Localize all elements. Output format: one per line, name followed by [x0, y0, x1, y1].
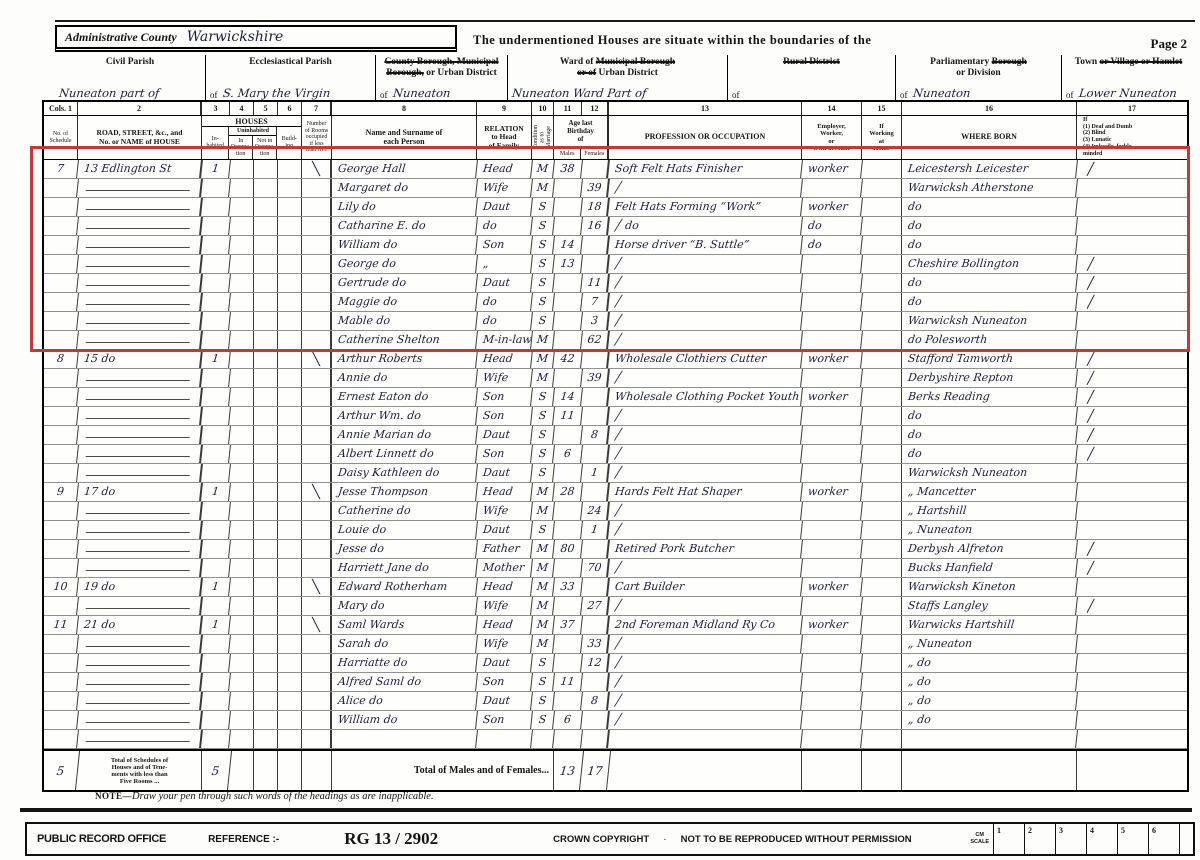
cell-where-born: „ Nuneaton	[901, 635, 1078, 653]
cell-in-occupation	[230, 426, 254, 444]
public-record-office-label: PUBLIC RECORD OFFICE	[37, 833, 166, 845]
cell-relation	[476, 730, 533, 748]
cell-employer: do	[801, 217, 863, 235]
cell-infirmity-mark	[1077, 483, 1187, 501]
cell-employer	[801, 445, 863, 463]
cell-age-female: 12	[581, 654, 610, 672]
cell-building	[278, 673, 302, 691]
cell-infirmity-mark	[1077, 464, 1187, 482]
cell-age-male	[553, 274, 583, 292]
cell-building	[278, 540, 302, 558]
uninhabited-group-label: Uninhabited	[229, 127, 276, 136]
cell-where-born: do	[901, 236, 1078, 254]
cell-not-in-occupation	[254, 160, 278, 178]
cell-age-female	[581, 711, 610, 729]
cell-condition: S	[531, 464, 555, 482]
cell-in-occupation	[230, 559, 254, 577]
cell-not-in-occupation	[254, 293, 278, 311]
cell-not-in-occupation	[254, 711, 278, 729]
cell-where-born: „ do	[901, 654, 1078, 672]
cell-inhabited	[201, 236, 231, 254]
cell-profession: ╱	[608, 654, 803, 672]
cell-road	[77, 502, 203, 520]
rural-district-label: Rural District	[728, 57, 895, 68]
cell-where-born: Berks Reading	[901, 388, 1078, 406]
cell-inhabited	[201, 293, 231, 311]
cell-profession: Horse driver “B. Suttle”	[608, 236, 803, 254]
cell-name: Lily do	[331, 198, 478, 216]
table-row: Catharine E. do do S 16 ╱ do do do	[44, 217, 1187, 236]
cell-relation: do	[476, 312, 533, 330]
cell-relation: Daut	[476, 521, 533, 539]
cell-not-in-occupation	[254, 369, 278, 387]
cell-working-at-home	[862, 483, 902, 501]
cell-in-occupation	[230, 692, 254, 710]
cell-inhabited	[201, 255, 231, 273]
table-row: Catherine Shelton M-in-law M 62 ╱ do Pol…	[44, 331, 1187, 350]
cell-rooms-mark	[302, 654, 332, 672]
cm-scale-cells: 123456	[993, 824, 1179, 854]
table-row: Daisy Kathleen do Daut S 1 ╱ Warwicksh N…	[44, 464, 1187, 483]
cell-rooms-mark: ╲	[302, 578, 332, 596]
cell-not-in-occupation	[254, 578, 278, 596]
cell-inhabited: 1	[201, 578, 231, 596]
cell-age-female	[581, 578, 610, 596]
table-row: 10 19 do 1 ╲ Edward Rotherham Head M 33 …	[44, 578, 1187, 597]
cell-rooms-mark	[302, 312, 332, 330]
cell-profession: ╱	[608, 312, 803, 330]
cell-employer: do	[801, 236, 863, 254]
inhabited-column-label: In- habited	[202, 127, 229, 159]
of-label: of	[900, 90, 908, 100]
cell-inhabited	[201, 312, 231, 330]
cell-age-female	[581, 445, 610, 463]
cell-not-in-occupation	[254, 540, 278, 558]
cm-scale-label: CM SCALE	[970, 832, 989, 845]
cell-inhabited: 1	[201, 350, 231, 368]
cell-condition: S	[531, 673, 555, 691]
administrative-county-box: Administrative County Warwickshire	[55, 25, 457, 52]
cell-age-female	[581, 540, 610, 558]
cell-road	[77, 521, 203, 539]
cell-in-occupation	[230, 730, 254, 748]
table-row: Sarah do Wife M 33 ╱ „ Nuneaton	[44, 635, 1187, 654]
cell-schedule-no: 7	[43, 160, 79, 178]
cell-not-in-occupation	[254, 350, 278, 368]
cell-profession: ╱	[608, 445, 803, 463]
cell-age-male: 13	[553, 255, 583, 273]
total-females-value: 17	[580, 751, 611, 790]
cell-condition: S	[531, 293, 555, 311]
cell-road	[77, 407, 203, 425]
cell-not-in-occupation	[254, 635, 278, 653]
table-row: Annie Marian do Daut S 8 ╱ do ╱	[44, 426, 1187, 445]
cell-working-at-home	[862, 578, 902, 596]
cell-relation: Wife	[476, 597, 533, 615]
cell-infirmity-mark: ╱	[1077, 407, 1187, 425]
cell-inhabited	[201, 198, 231, 216]
cell-age-male	[553, 198, 583, 216]
condition-column-label: Condition as to Marriage	[532, 116, 554, 159]
table-row: Arthur Wm. do Son S 11 ╱ do ╱	[44, 407, 1187, 426]
cell-infirmity-mark	[1077, 331, 1187, 349]
cell-infirmity-mark: ╱	[1077, 597, 1187, 615]
cell-schedule-no	[43, 293, 79, 311]
cell-road	[77, 445, 203, 463]
cell-rooms-mark	[302, 502, 332, 520]
cell-relation: Father	[476, 540, 533, 558]
cell-working-at-home	[862, 692, 902, 710]
table-row: Mary do Wife M 27 ╱ Staffs Langley ╱	[44, 597, 1187, 616]
cell-condition: M	[531, 369, 555, 387]
cell-where-born: Warwicks Hartshill	[901, 616, 1078, 634]
cell-age-male	[553, 293, 583, 311]
cell-road	[77, 217, 203, 235]
cell-inhabited	[201, 730, 231, 748]
total-males-value: 13	[552, 751, 584, 790]
cell-schedule-no	[43, 369, 79, 387]
infirmity-column-label: If (1) Deaf and Dumb (2) Blind (3) Lunat…	[1077, 116, 1187, 159]
column-number: 7	[302, 102, 332, 115]
cell-name: George do	[331, 255, 478, 273]
cell-road	[77, 312, 203, 330]
total-schedules-label: Total of Schedules of Houses and of Tene…	[78, 751, 202, 790]
cell-profession: ╱	[608, 293, 803, 311]
cell-condition: S	[531, 692, 555, 710]
cell-age-male	[553, 464, 583, 482]
condition-vertical-text: Condition as to Marriage	[533, 125, 553, 149]
cell-in-occupation	[230, 673, 254, 691]
cell-building	[278, 502, 302, 520]
cell-relation: Wife	[476, 369, 533, 387]
cell-in-occupation	[230, 388, 254, 406]
cell-employer	[801, 255, 863, 273]
cell-schedule-no	[43, 559, 79, 577]
cell-rooms-mark	[302, 179, 332, 197]
cell-employer: worker	[801, 198, 863, 216]
cell-working-at-home	[862, 711, 902, 729]
cell-condition: M	[531, 635, 555, 653]
cell-rooms-mark	[302, 331, 332, 349]
cell-age-female	[581, 255, 610, 273]
cell-profession: Wholesale Clothing Pocket Youth	[608, 388, 803, 406]
cell-rooms-mark	[302, 711, 332, 729]
cell-road: 17 do	[77, 483, 203, 501]
cell-profession: 2nd Foreman Midland Ry Co	[608, 616, 803, 634]
table-row: Catherine do Wife M 24 ╱ „ Hartshill	[44, 502, 1187, 521]
cell-condition: M	[531, 331, 555, 349]
cell-profession: ╱	[608, 673, 803, 691]
cell-name: Saml Wards	[331, 616, 478, 634]
table-row: Louie do Daut S 1 ╱ „ Nuneaton	[44, 521, 1187, 540]
cell-road: 15 do	[77, 350, 203, 368]
cell-schedule-no	[43, 198, 79, 216]
cell-profession: ╱	[608, 331, 803, 349]
cell-building	[278, 331, 302, 349]
column-number: 10	[532, 102, 554, 115]
cell-working-at-home	[862, 236, 902, 254]
cell-road	[77, 654, 203, 672]
cell-in-occupation	[230, 198, 254, 216]
cell-condition: S	[531, 445, 555, 463]
cell-rooms-mark	[302, 388, 332, 406]
table-row: 11 21 do 1 ╲ Saml Wards Head M 37 2nd Fo…	[44, 616, 1187, 635]
cell-profession: ╱	[608, 426, 803, 444]
cell-age-male: 28	[553, 483, 583, 501]
footnote: NOTE—Draw your pen through such words of…	[95, 791, 434, 802]
cell-age-female: 39	[581, 179, 610, 197]
cell-relation: Head	[476, 350, 533, 368]
plain-text: Parliamentary	[930, 57, 989, 67]
plain-text: or Division	[956, 68, 1000, 78]
cell-relation: Head	[476, 616, 533, 634]
cell-rooms-mark	[302, 255, 332, 273]
rural-district-box: Rural District of	[727, 55, 895, 102]
table-row: Margaret do Wife M 39 ╱ Warwicksh Athers…	[44, 179, 1187, 198]
scale-cell: 2	[1024, 824, 1055, 854]
cell-building	[278, 578, 302, 596]
empty-cell	[278, 751, 302, 790]
divider-rule	[20, 808, 1192, 812]
cell-road	[77, 331, 203, 349]
cell-name: Albert Linnett do	[331, 445, 478, 463]
cell-relation: „	[476, 255, 533, 273]
cell-inhabited: 1	[201, 483, 231, 501]
cell-where-born: do	[901, 426, 1078, 444]
cell-not-in-occupation	[254, 198, 278, 216]
cell-where-born: Stafford Tamworth	[901, 350, 1078, 368]
cell-in-occupation	[230, 521, 254, 539]
cell-age-female: 18	[581, 198, 610, 216]
cell-not-in-occupation	[254, 217, 278, 235]
cell-employer	[801, 502, 863, 520]
cell-road	[77, 540, 203, 558]
cell-building	[278, 616, 302, 634]
cell-relation: Head	[476, 483, 533, 501]
cell-employer	[801, 673, 863, 691]
cell-condition: S	[531, 521, 555, 539]
cell-not-in-occupation	[254, 502, 278, 520]
cell-name: Mary do	[331, 597, 478, 615]
cell-condition: M	[531, 502, 555, 520]
table-row: Harriett Jane do Mother M 70 ╱ Bucks Han…	[44, 559, 1187, 578]
cell-schedule-no	[43, 255, 79, 273]
table-row: Lily do Daut S 18 Felt Hats Forming “Wor…	[44, 198, 1187, 217]
cell-not-in-occupation	[254, 445, 278, 463]
cell-rooms-mark	[302, 597, 332, 615]
cell-road	[77, 711, 203, 729]
civil-parish-box: Civil Parish Nuneaton part of	[55, 55, 205, 102]
table-row: Annie do Wife M 39 ╱ Derbyshire Repton ╱	[44, 369, 1187, 388]
cell-employer: worker	[801, 483, 863, 501]
cell-age-male	[553, 730, 583, 748]
empty-cell	[802, 751, 862, 790]
cell-where-born: „ do	[901, 692, 1078, 710]
empty-cell	[302, 751, 332, 790]
administrative-county-label: Administrative County	[65, 30, 177, 45]
cell-condition: M	[531, 559, 555, 577]
cell-in-occupation	[230, 464, 254, 482]
cell-profession: ╱	[608, 521, 803, 539]
cell-not-in-occupation	[254, 179, 278, 197]
cell-schedule-no: 9	[43, 483, 79, 501]
cell-in-occupation	[230, 445, 254, 463]
cell-infirmity-mark	[1077, 217, 1187, 235]
cell-profession: ╱	[608, 274, 803, 292]
cell-infirmity-mark: ╱	[1077, 160, 1187, 178]
cell-not-in-occupation	[254, 673, 278, 691]
cell-age-male	[553, 559, 583, 577]
cell-not-in-occupation	[254, 464, 278, 482]
cell-where-born: Bucks Hanfield	[901, 559, 1078, 577]
form-header: Administrative County Warwickshire The u…	[55, 20, 1195, 100]
cell-building	[278, 654, 302, 672]
cell-not-in-occupation	[254, 255, 278, 273]
cell-condition: S	[531, 407, 555, 425]
empty-cell	[1077, 751, 1187, 790]
cell-infirmity-mark	[1077, 711, 1187, 729]
totals-row: 5 Total of Schedules of Houses and of Te…	[44, 749, 1187, 790]
houses-group-label: HOUSES	[202, 116, 301, 127]
cell-schedule-no	[43, 407, 79, 425]
cell-building	[278, 388, 302, 406]
civil-parish-value: Nuneaton part of	[58, 86, 160, 100]
cell-working-at-home	[862, 521, 902, 539]
cell-not-in-occupation	[254, 616, 278, 634]
cell-where-born: do Polesworth	[901, 331, 1078, 349]
cell-where-born: Staffs Langley	[901, 597, 1078, 615]
cell-where-born: Warwicksh Kineton	[901, 578, 1078, 596]
cell-rooms-mark: ╲	[302, 483, 332, 501]
cell-age-female: 11	[581, 274, 610, 292]
column-number: 2	[78, 102, 202, 115]
table-row	[44, 730, 1187, 749]
cell-name: Harriett Jane do	[331, 559, 478, 577]
cell-infirmity-mark	[1077, 198, 1187, 216]
cell-not-in-occupation	[254, 236, 278, 254]
cell-schedule-no	[43, 388, 79, 406]
cell-infirmity-mark	[1077, 578, 1187, 596]
cell-profession: Wholesale Clothiers Cutter	[608, 350, 803, 368]
cell-profession: ╱	[608, 692, 803, 710]
cell-in-occupation	[230, 407, 254, 425]
cell-not-in-occupation	[254, 483, 278, 501]
cell-name: Margaret do	[331, 179, 478, 197]
cell-relation: Son	[476, 407, 533, 425]
cell-age-female	[581, 483, 610, 501]
cell-infirmity-mark: ╱	[1077, 445, 1187, 463]
cell-employer: worker	[801, 578, 863, 596]
cell-inhabited	[201, 369, 231, 387]
cell-not-in-occupation	[254, 730, 278, 748]
cell-profession: ╱ do	[608, 217, 803, 235]
cell-condition: M	[531, 179, 555, 197]
cell-building	[278, 255, 302, 273]
cell-age-female: 27	[581, 597, 610, 615]
column-number: 16	[902, 102, 1077, 115]
cell-age-male: 38	[553, 160, 583, 178]
cell-infirmity-mark	[1077, 673, 1187, 691]
cell-in-occupation	[230, 274, 254, 292]
cell-where-born: do	[901, 407, 1078, 425]
cell-rooms-mark	[302, 521, 332, 539]
cell-inhabited	[201, 331, 231, 349]
cell-condition: S	[531, 388, 555, 406]
cell-age-male	[553, 331, 583, 349]
cell-age-female	[581, 160, 610, 178]
cell-building	[278, 312, 302, 330]
cell-rooms-mark	[302, 730, 332, 748]
cell-age-male: 37	[553, 616, 583, 634]
column-number: 8	[332, 102, 477, 115]
cell-where-born: „ do	[901, 673, 1078, 691]
column-number: 5	[254, 102, 278, 115]
county-borough-box: County Borough, Municipal Borough, or Ur…	[375, 55, 507, 102]
cell-name: George Hall	[331, 160, 478, 178]
cell-profession: ╱	[608, 597, 803, 615]
cell-in-occupation	[230, 255, 254, 273]
cell-working-at-home	[862, 502, 902, 520]
cell-name: Catharine E. do	[331, 217, 478, 235]
struck-text: Rural District	[783, 57, 840, 67]
cell-working-at-home	[862, 445, 902, 463]
born-column-label: WHERE BORN	[902, 116, 1077, 159]
cell-building	[278, 597, 302, 615]
undermentioned-text: The undermentioned Houses are situate wi…	[473, 33, 1073, 48]
cell-schedule-no	[43, 331, 79, 349]
cell-profession: ╱	[608, 179, 803, 197]
cell-infirmity-mark: ╱	[1077, 350, 1187, 368]
cell-building	[278, 236, 302, 254]
census-table: Cols. 1234567891011121314151617 No. of S…	[42, 100, 1189, 792]
cell-age-female: 7	[581, 293, 610, 311]
cell-relation: Daut	[476, 692, 533, 710]
table-row: Maggie do do S 7 ╱ do ╱	[44, 293, 1187, 312]
cell-inhabited	[201, 673, 231, 691]
cell-age-male	[553, 597, 583, 615]
cell-inhabited	[201, 502, 231, 520]
cell-infirmity-mark: ╱	[1077, 388, 1187, 406]
cell-where-born: „ Hartshill	[901, 502, 1078, 520]
cell-road	[77, 369, 203, 387]
cell-name: Harriatte do	[331, 654, 478, 672]
cell-road	[77, 559, 203, 577]
cell-age-male	[553, 692, 583, 710]
cm-scale-tail	[1179, 824, 1193, 854]
cell-relation: Head	[476, 578, 533, 596]
cell-relation: Daut	[476, 274, 533, 292]
cell-schedule-no: 11	[43, 616, 79, 634]
cell-road	[77, 236, 203, 254]
empty-cell	[230, 751, 254, 790]
cell-inhabited	[201, 540, 231, 558]
cell-road	[77, 730, 203, 748]
cell-inhabited	[201, 388, 231, 406]
cell-road	[77, 179, 203, 197]
cell-infirmity-mark	[1077, 236, 1187, 254]
cell-road	[77, 426, 203, 444]
cell-road	[77, 388, 203, 406]
cell-working-at-home	[862, 597, 902, 615]
cell-schedule-no	[43, 711, 79, 729]
cell-profession: ╱	[608, 635, 803, 653]
table-row: Alice do Daut S 8 ╱ „ do	[44, 692, 1187, 711]
cell-working-at-home	[862, 559, 902, 577]
cell-working-at-home	[862, 312, 902, 330]
table-row: William do Son S 6 ╱ „ do	[44, 711, 1187, 730]
cell-building	[278, 445, 302, 463]
cell-working-at-home	[862, 540, 902, 558]
